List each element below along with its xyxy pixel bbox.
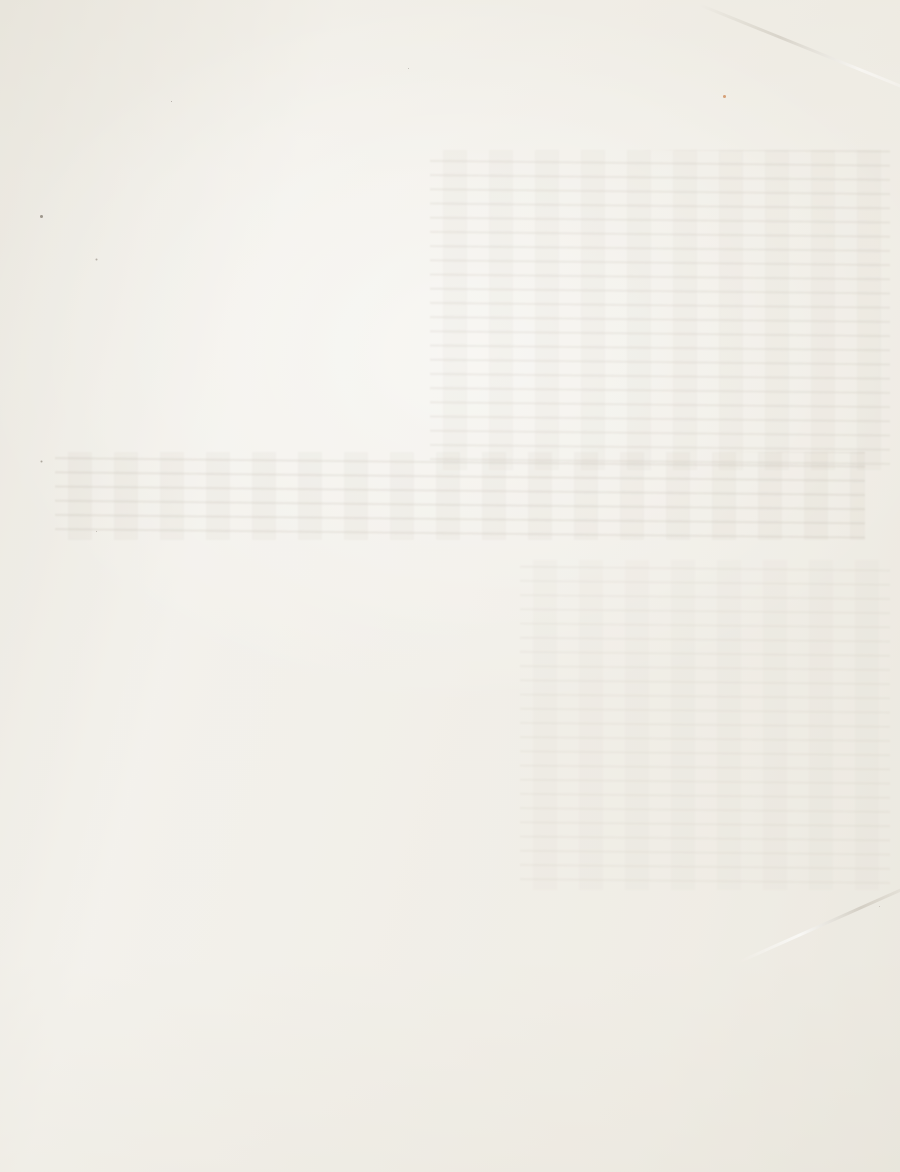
bleed-through-texture: [55, 452, 865, 540]
typed-numbered-sections: [146, 52, 886, 69]
paper-crease: [738, 879, 900, 963]
philosophy-and-comments-section: [70, 538, 870, 557]
paper-crease: [699, 3, 900, 103]
paper-speck: [40, 215, 43, 218]
scanned-document-page: [0, 0, 900, 1172]
bleed-through-texture: [520, 560, 890, 890]
bleed-through-texture: [430, 150, 890, 470]
